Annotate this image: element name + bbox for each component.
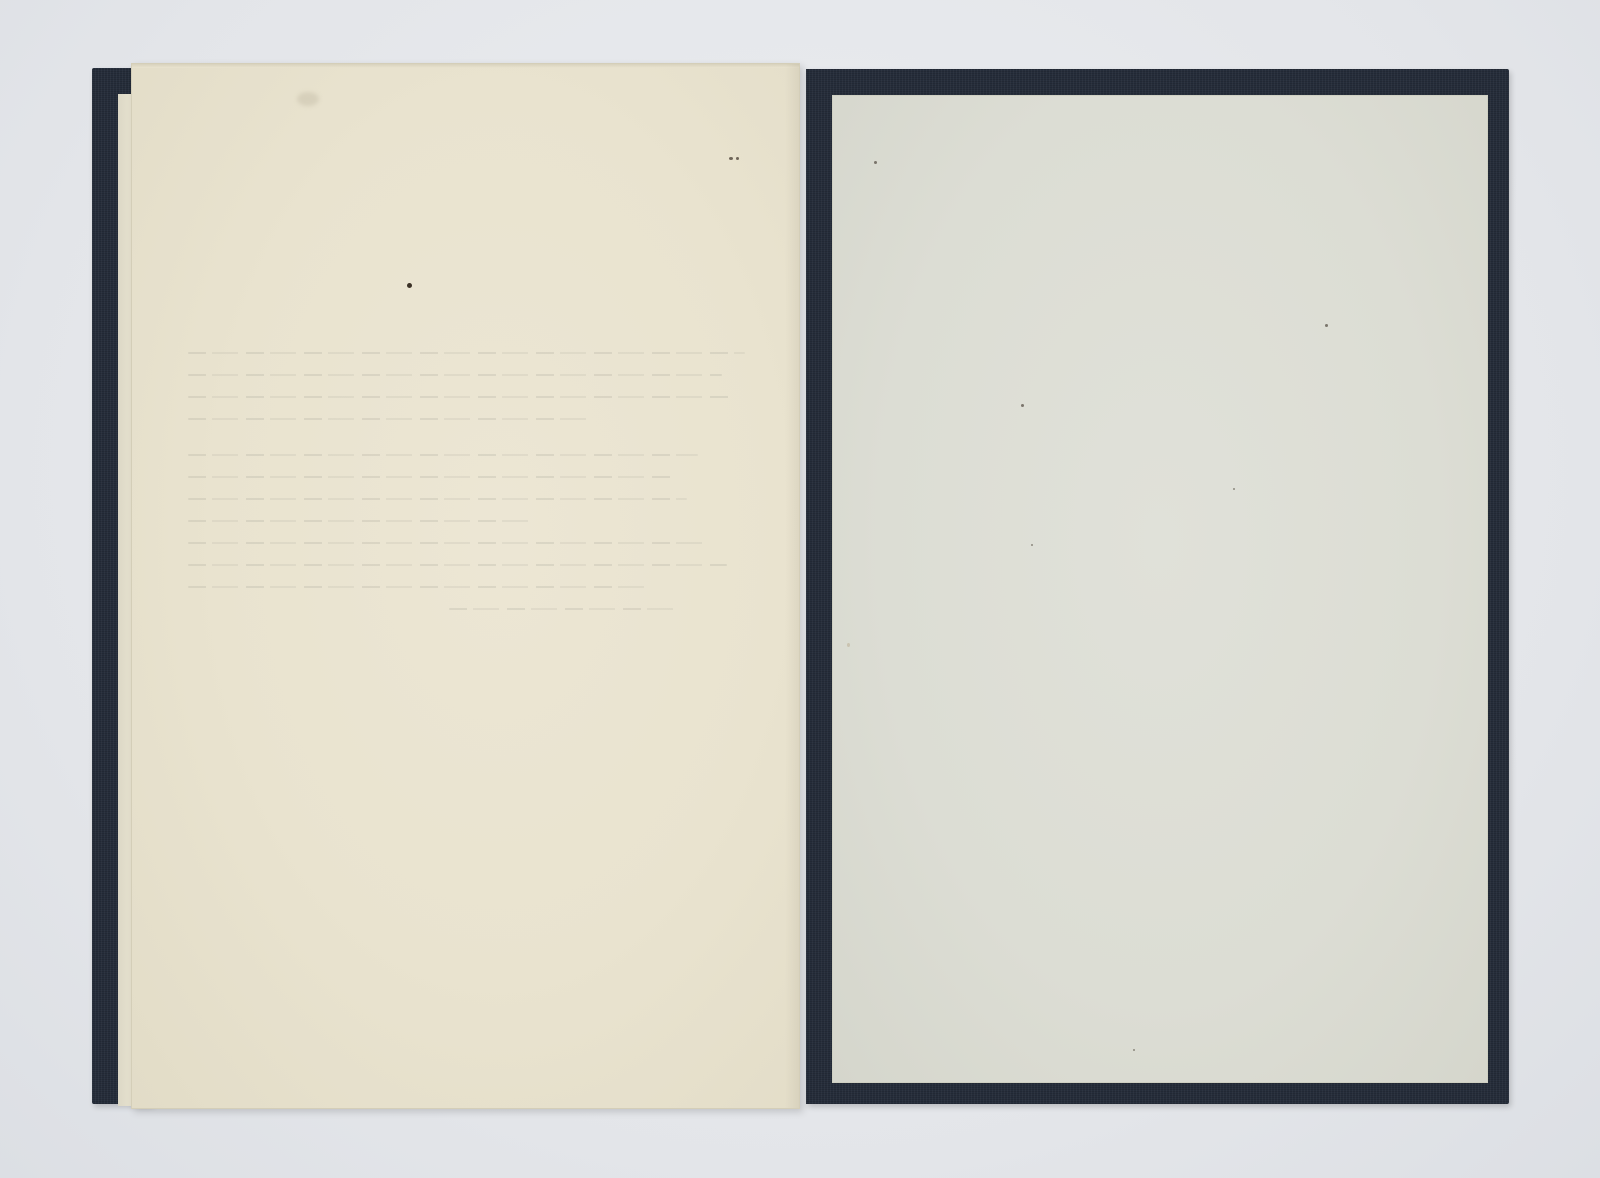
speck <box>1325 324 1328 327</box>
speck <box>1133 1049 1135 1051</box>
speck <box>1021 404 1024 407</box>
page-top-edge <box>132 64 799 68</box>
speck <box>847 643 850 647</box>
speck <box>874 161 877 164</box>
speck <box>1233 488 1235 490</box>
ink-spot <box>407 283 412 288</box>
right-pastedown: Blank pastedown endpaper <box>832 95 1488 1083</box>
gutter-shadow <box>785 64 799 1108</box>
bleed-through-handwriting <box>188 332 768 632</box>
speck <box>1031 544 1033 546</box>
ink-spot <box>729 157 733 160</box>
ink-spot <box>736 157 739 160</box>
stain <box>297 92 319 106</box>
left-page: Faint, illegible handwritten text bleedi… <box>131 63 800 1109</box>
book-photograph: Open hardbound book photographed on a li… <box>0 0 1600 1178</box>
